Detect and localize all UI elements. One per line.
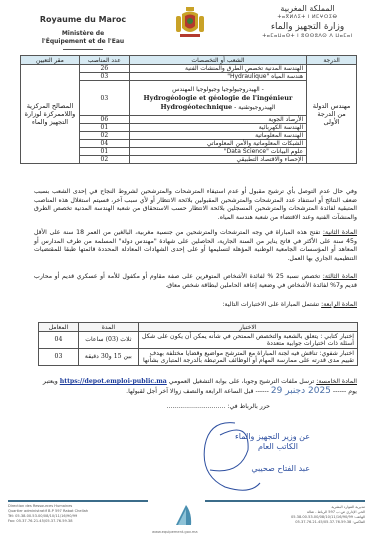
exam-cell: اختبار كتابي : يتعلق بالشعبة والتخصص الم…: [138, 332, 357, 349]
article-5-deadline-text: قبل الساعة الرابعة والنصف زوالا آخر أجل …: [126, 388, 253, 395]
table-row: مهندس الدولة من الدرجة الأولى الهندسة ال…: [21, 65, 357, 73]
duration-cell: ثلاث (03) ساعات: [78, 332, 138, 349]
footer-divider-right: [205, 500, 365, 502]
spec-cell: الإحصاء والاقتصاد التطبيقي: [129, 156, 306, 164]
royal-emblem-icon: [175, 6, 205, 40]
deadline-date-stamp: 2025 دجنبر 29: [271, 386, 331, 396]
spec-cell-hydrogeology: - الهيدروجيولوجيا وجيولوجيا المهندس Hydr…: [129, 81, 306, 116]
spec-ar-line2: الهيدروجيوتقنية -: [234, 104, 275, 111]
fr-ministry-line2: l'Équipement et de l'Eau: [28, 38, 138, 46]
fr-kingdom-label: Royaume du Maroc: [28, 15, 138, 24]
positions-table-header: الدرجة الشعب أو التخصصات عدد المناصب مقر…: [21, 56, 357, 65]
spec-cell: الشبكات المعلوماتية والأمن المعلوماتي: [129, 140, 306, 148]
footer-arabic-contact: مديرية الموارد البشرية الحي الإداري ص.ب …: [265, 505, 365, 525]
header-grade: الدرجة: [307, 56, 357, 65]
footer-french-contact: Direction des Ressources Humaines Quarti…: [8, 504, 88, 524]
article-2: المادة الثانية: تفتح هذه المباراة في وجه…: [34, 229, 357, 263]
signature-line2: الكاتب العام: [200, 442, 298, 452]
count-cell: 02: [79, 156, 129, 164]
coefficient-cell: 03: [39, 349, 79, 366]
header-place: مقر التعيين: [21, 56, 80, 65]
count-cell: 02: [79, 132, 129, 140]
spec-cell: الأرصاد الجوية: [129, 116, 306, 124]
article-5-day-label: يوم: [348, 388, 357, 395]
spec-cell: الهندسة الكهربائية: [129, 124, 306, 132]
count-cell: 06: [79, 116, 129, 124]
paragraph-unfilled-positions: وفي حال عدم التوصل بأي ترشيح مقبول أو عد…: [34, 188, 357, 222]
footer-ar-fax: الفاكس: 05.37.76.21.45/05.37.76.59.38: [265, 520, 365, 525]
signature-place-date: حرر بالرباط في: ........................…: [120, 403, 270, 412]
signatory-name: عبد الفتاح صحيبي: [200, 464, 310, 474]
coefficient-cell: 04: [39, 332, 79, 349]
fr-ministry-label: Ministère de l'Équipement et de l'Eau: [28, 30, 138, 46]
signature-line1: عن وزير التجهيز والماء: [200, 432, 310, 442]
emploi-public-link[interactable]: https://depot.emploi-public.ma: [60, 378, 167, 385]
header-coefficient: المعامل: [39, 323, 79, 332]
tifinagh-ministry-label: ⵜⴰⵎⴰⵡⴰⵙⵜ ⵏ ⵓⵙⵙⵓⴷⵙ ⴷ ⵡⴰⵎⴰⵏ: [260, 33, 355, 39]
exams-table-header: الاختبار المدة المعامل: [39, 323, 358, 332]
article-5: المادة الخامسة: ترسل ملفات الترشيح وجوبا…: [34, 378, 357, 396]
positions-table: الدرجة الشعب أو التخصصات عدد المناصب مقر…: [20, 55, 357, 164]
french-letterhead: Royaume du Maroc Ministère de l'Équipeme…: [28, 8, 138, 50]
article-2-title: المادة الثانية:: [323, 229, 357, 236]
count-cell: 03: [79, 73, 129, 81]
count-cell: 26: [79, 65, 129, 73]
spec-cell: الهندسة المعلوماتية: [129, 132, 306, 140]
article-5-title: المادة الخامسة:: [316, 378, 357, 385]
fr-ministry-line1: Ministère de: [28, 30, 138, 38]
article-3-text: تخصص نسبة 25 % لفائدة الأشخاص المتوفرين …: [34, 273, 357, 289]
spec-cell: علوم البيانات "Data Science": [129, 148, 306, 156]
ar-kingdom-label: المملكة المغربية: [260, 4, 355, 13]
count-cell: 03: [79, 81, 129, 116]
spec-fr-line2: Hydrogéotechnique: [161, 103, 233, 111]
article-2-text: تفتح هذه المباراة في وجه المترشحات والمت…: [34, 229, 357, 262]
grade-cell: مهندس الدولة من الدرجة الأولى: [307, 65, 357, 164]
article-4: المادة الرابعة: تشتمل المباراة على الاخت…: [34, 301, 357, 310]
count-cell: 04: [79, 140, 129, 148]
spec-ar-line1: - الهيدروجيولوجيا وجيولوجيا المهندس: [133, 85, 303, 94]
ar-ministry-label: وزارة التجهيز والماء: [260, 22, 355, 32]
spec-fr-line: Hydrogéologie et géologie de l'ingénieur: [133, 94, 303, 103]
spec-cell: هندسة المياه "Hydraulique": [129, 73, 306, 81]
footer-divider-left: [8, 500, 148, 502]
article-3-title: المادة الثالثة:: [323, 273, 357, 280]
header-specialties: الشعب أو التخصصات: [129, 56, 306, 65]
spec-line3: الهيدروجيوتقنية - Hydrogéotechnique: [133, 103, 303, 112]
table-row: اختبار كتابي : يتعلق بالشعبة والتخصص الم…: [39, 332, 358, 349]
place-cell: المصالح المركزية واللاممركزة لوزارة التج…: [21, 65, 80, 164]
header-count: عدد المناصب: [79, 56, 129, 65]
article-3: المادة الثالثة: تخصص نسبة 25 % لفائدة ال…: [34, 273, 357, 290]
article-4-title: المادة الرابعة:: [321, 301, 357, 308]
ministry-logo-icon: [172, 503, 194, 527]
header-duration: المدة: [78, 323, 138, 332]
header-divider: [63, 49, 103, 50]
article-5-text: ترسل ملفات الترشيح وجوبا، على بوابة التش…: [167, 378, 316, 385]
footer-website: www.equipement.gov.ma: [152, 530, 198, 534]
footer-fr-fax: Fax: 05.37.76.21.45/05.37.76.59.38: [8, 519, 88, 524]
signature-block: عن وزير التجهيز والماء الكاتب العام عبد …: [200, 432, 310, 474]
header-exam: الاختبار: [138, 323, 357, 332]
exam-cell: اختبار شفوي: تناقش فيه لجنة المباراة مع …: [138, 349, 357, 366]
count-cell: 01: [79, 148, 129, 156]
arabic-letterhead: المملكة المغربية ⵜⴰⴳⵍⴷⵉⵜ ⵏ ⵍⵎⵖⵔⵉⴱ وزارة …: [260, 4, 355, 39]
article-4-text: تشتمل المباراة على الاختبارات التالية:: [222, 301, 321, 308]
exams-table: الاختبار المدة المعامل اختبار كتابي : يت…: [38, 322, 358, 366]
article-5-text-after: ويعتبر: [43, 378, 60, 385]
spec-cell: الهندسة المدنية تخصص الطرق والمنشآت الفن…: [129, 65, 306, 73]
tifinagh-kingdom-label: ⵜⴰⴳⵍⴷⵉⵜ ⵏ ⵍⵎⵖⵔⵉⴱ: [260, 14, 355, 20]
table-row: اختبار شفوي: تناقش فيه لجنة المباراة مع …: [39, 349, 358, 366]
count-cell: 01: [79, 124, 129, 132]
duration-cell: بين 15 و30 دقيقة: [78, 349, 138, 366]
